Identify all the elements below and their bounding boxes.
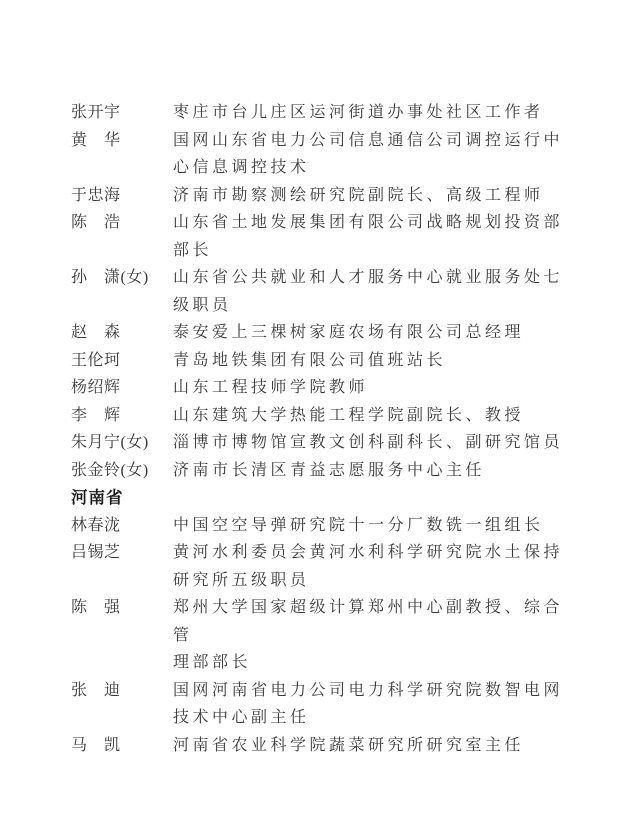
entry-description: 山东省土地发展集团有限公司战略规划投资部 部长 [173,209,573,264]
entry-description: 山东工程技师学院教师 [173,374,573,402]
entry-description: 山东建筑大学热能工程学院副院长、教授 [173,402,573,430]
entry-row: 王伦珂青岛地铁集团有限公司值班站长 [71,347,573,375]
entry-description: 枣庄市台儿庄区运河街道办事处社区工作者 [173,99,573,127]
entry-name: 王伦珂 [71,347,173,375]
entry-name: 马 凯 [71,732,173,760]
recognition-list: 张开宇枣庄市台儿庄区运河街道办事处社区工作者黄 华国网山东省电力公司信息通信公司… [71,99,573,759]
entry-description: 国网山东省电力公司信息通信公司调控运行中 心信息调控技术 [173,127,573,182]
entry-row: 于忠海济南市勘察测绘研究院副院长、高级工程师 [71,182,573,210]
entry-name: 杨绍辉 [71,374,173,402]
entry-name: 陈 浩 [71,209,173,237]
entry-description: 国网河南省电力公司电力科学研究院数智电网 技术中心副主任 [173,677,573,732]
entry-row: 张开宇枣庄市台儿庄区运河街道办事处社区工作者 [71,99,573,127]
entry-row: 李 辉山东建筑大学热能工程学院副院长、教授 [71,402,573,430]
entry-description: 泰安爱上三棵树家庭农场有限公司总经理 [173,319,573,347]
entry-name: 黄 华 [71,127,173,155]
entry-row: 张金铃(女)济南市长清区青益志愿服务中心主任 [71,457,573,485]
entry-row: 黄 华国网山东省电力公司信息通信公司调控运行中 心信息调控技术 [71,127,573,182]
entry-row: 杨绍辉山东工程技师学院教师 [71,374,573,402]
entry-row: 张 迪国网河南省电力公司电力科学研究院数智电网 技术中心副主任 [71,677,573,732]
entry-name: 张开宇 [71,99,173,127]
entry-row: 孙 潇(女)山东省公共就业和人才服务中心就业服务处七 级职员 [71,264,573,319]
entry-row: 林春泷中国空空导弹研究院十一分厂数铣一组组长 [71,512,573,540]
entry-name: 李 辉 [71,402,173,430]
entry-name: 赵 森 [71,319,173,347]
entry-row: 吕锡芝黄河水利委员会黄河水利科学研究院水土保持 研究所五级职员 [71,539,573,594]
entry-row: 陈 强郑州大学国家超级计算郑州中心副教授、综合管 理部部长 [71,594,573,677]
entry-row: 陈 浩山东省土地发展集团有限公司战略规划投资部 部长 [71,209,573,264]
entry-row: 马 凯河南省农业科学院蔬菜研究所研究室主任 [71,732,573,760]
document-page: 张开宇枣庄市台儿庄区运河街道办事处社区工作者黄 华国网山东省电力公司信息通信公司… [0,0,640,828]
entry-description: 中国空空导弹研究院十一分厂数铣一组组长 [173,512,573,540]
entry-name: 张 迪 [71,677,173,705]
entry-description: 山东省公共就业和人才服务中心就业服务处七 级职员 [173,264,573,319]
entry-description: 黄河水利委员会黄河水利科学研究院水土保持 研究所五级职员 [173,539,573,594]
entry-name: 于忠海 [71,182,173,210]
entry-name: 林春泷 [71,512,173,540]
entry-row: 朱月宁(女)淄博市博物馆宣教文创科副科长、副研究馆员 [71,429,573,457]
entry-name: 孙 潇(女) [71,264,173,292]
entry-name: 张金铃(女) [71,457,173,485]
entry-description: 河南省农业科学院蔬菜研究所研究室主任 [173,732,573,760]
entry-description: 济南市勘察测绘研究院副院长、高级工程师 [173,182,573,210]
entry-description: 济南市长清区青益志愿服务中心主任 [173,457,573,485]
entry-description: 郑州大学国家超级计算郑州中心副教授、综合管 理部部长 [173,594,573,677]
section-header: 河南省 [71,484,573,512]
entry-description: 淄博市博物馆宣教文创科副科长、副研究馆员 [173,429,573,457]
entry-row: 赵 森泰安爱上三棵树家庭农场有限公司总经理 [71,319,573,347]
entry-name: 吕锡芝 [71,539,173,567]
entry-name: 朱月宁(女) [71,429,173,457]
entry-description: 青岛地铁集团有限公司值班站长 [173,347,573,375]
entry-name: 陈 强 [71,594,173,622]
